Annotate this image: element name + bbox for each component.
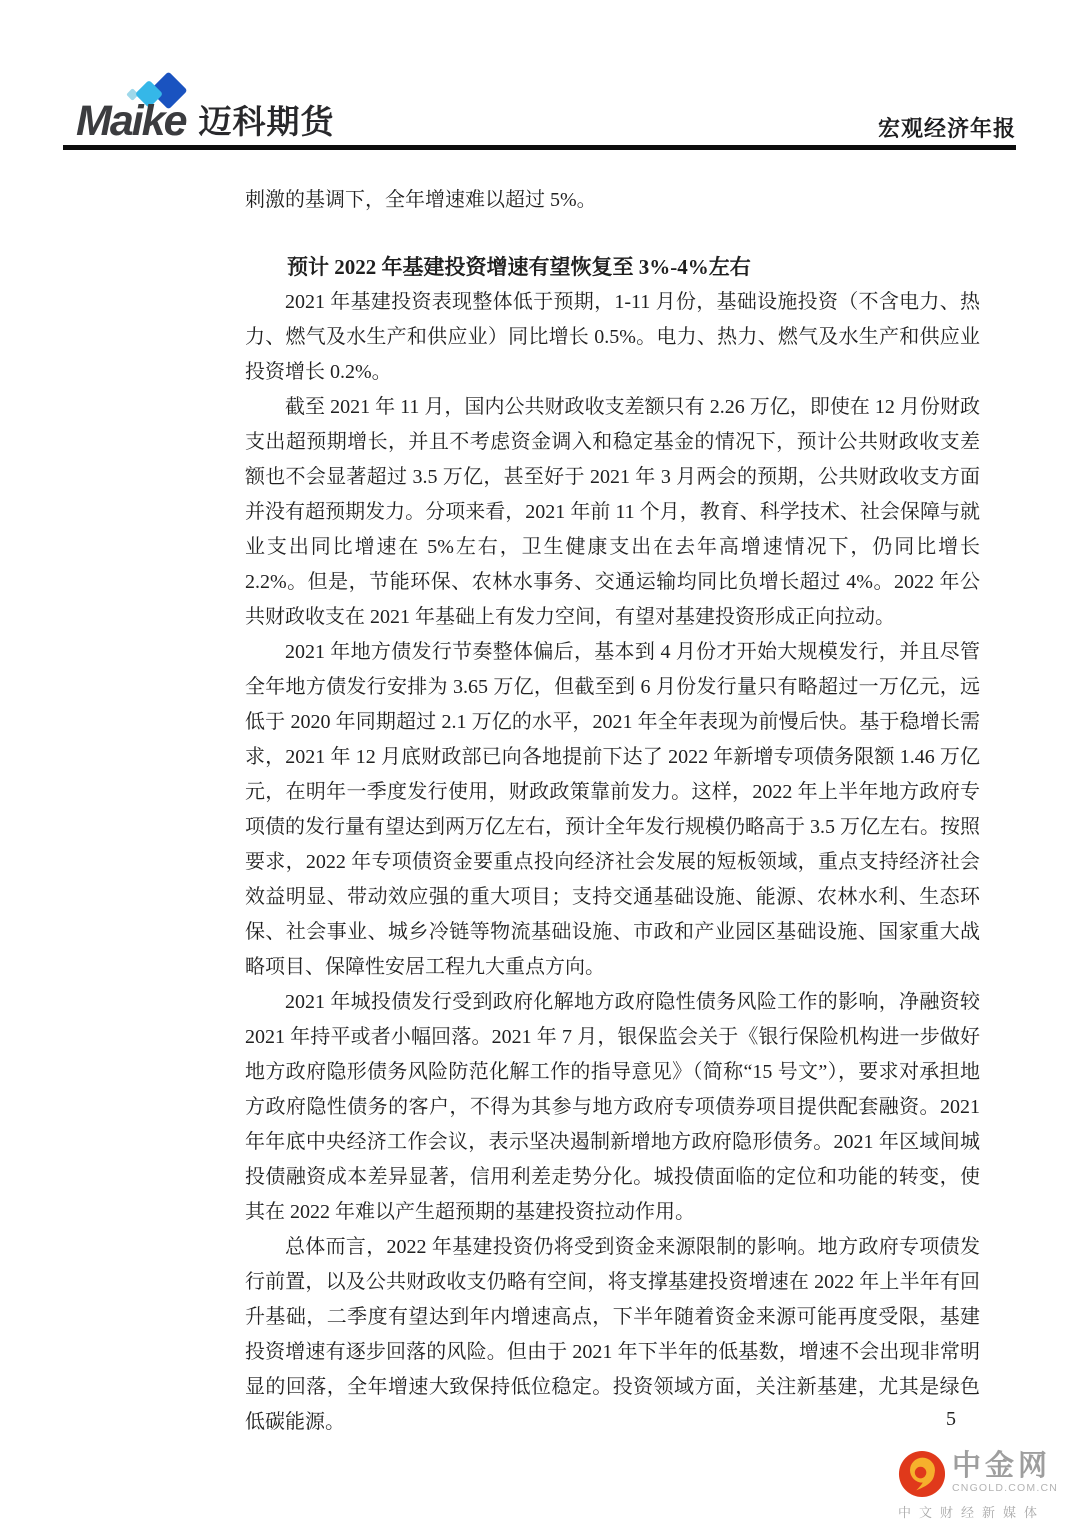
paragraph: 2021 年城投债发行受到政府化解地方政府隐性债务风险工作的影响，净融资较 20… <box>245 985 980 1230</box>
paragraph: 2021 年地方债发行节奏整体偏后，基本到 4 月份才开始大规模发行，并且尽管全… <box>245 635 980 985</box>
paragraph: 截至 2021 年 11 月，国内公共财政收支差额只有 2.26 万亿，即使在 … <box>245 390 980 635</box>
watermark-site-url: CNGOLD.COM.CN <box>952 1482 1058 1495</box>
logo-chinese-text: 迈科期货 <box>199 96 335 143</box>
page-number: 5 <box>946 1408 956 1431</box>
paragraph: 总体而言，2022 年基建投资仍将受到资金来源限制的影响。地方政府专项债发行前置… <box>245 1230 980 1440</box>
document-body: 刺激的基调下，全年增速难以超过 5%。 预计 2022 年基建投资增速有望恢复至… <box>245 183 980 1440</box>
report-page: Maike 迈科期货 宏观经济年报 刺激的基调下，全年增速难以超过 5%。 预计… <box>0 0 1080 1527</box>
watermark-site-name: 中金网 <box>952 1450 1058 1482</box>
logo-latin-text: Maike <box>76 97 186 146</box>
cngold-logo-icon <box>898 1450 946 1498</box>
company-logo: Maike 迈科期货 <box>76 96 335 146</box>
header-divider <box>63 145 1016 150</box>
page-header: Maike 迈科期货 宏观经济年报 <box>0 0 1080 150</box>
paragraph: 2021 年基建投资表现整体低于预期，1-11 月份，基础设施投资（不含电力、热… <box>245 285 980 390</box>
watermark-tagline: 中文财经新媒体 <box>898 1502 1068 1521</box>
report-title: 宏观经济年报 <box>878 112 1016 143</box>
cngold-watermark: 中金网 CNGOLD.COM.CN 中文财经新媒体 <box>898 1450 1068 1521</box>
carryover-line: 刺激的基调下，全年增速难以超过 5%。 <box>245 183 980 218</box>
section-heading: 预计 2022 年基建投资增速有望恢复至 3%-4%左右 <box>245 250 980 285</box>
